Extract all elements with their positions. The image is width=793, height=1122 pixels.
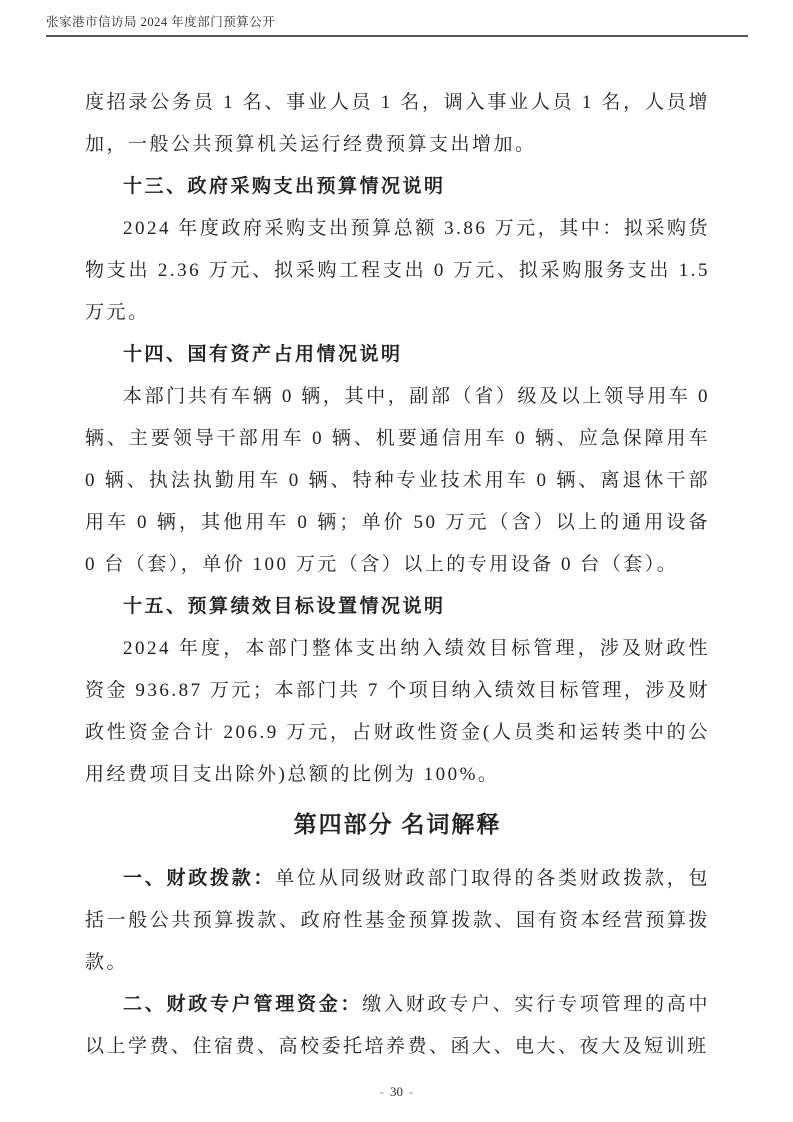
paragraph-state-assets: 本部门共有车辆 0 辆，其中，副部（省）级及以上领导用车 0 辆、主要领导干部用… bbox=[85, 376, 710, 586]
footer-left-dash: - bbox=[374, 1084, 390, 1099]
part-four-heading: 第四部分 名词解释 bbox=[85, 804, 710, 846]
term-2-label: 二、财政专户管理资金： bbox=[123, 994, 362, 1015]
page-footer: -30- bbox=[0, 1084, 793, 1100]
footer-right-dash: - bbox=[403, 1084, 419, 1099]
section-heading-14: 十四、国有资产占用情况说明 bbox=[85, 334, 710, 376]
paragraph-term-1: 一、财政拨款：单位从同级财政部门取得的各类财政拨款，包括一般公共预算拨款、政府性… bbox=[85, 858, 710, 984]
paragraph-procurement: 2024 年度政府采购支出预算总额 3.86 万元，其中：拟采购货物支出 2.3… bbox=[85, 208, 710, 334]
page-header-title: 张家港市信访局 2024 年度部门预算公开 bbox=[46, 12, 748, 37]
section-heading-13: 十三、政府采购支出预算情况说明 bbox=[85, 166, 710, 208]
document-body: 度招录公务员 1 名、事业人员 1 名，调入事业人员 1 名，人员增加，一般公共… bbox=[85, 82, 710, 1068]
page-number: 30 bbox=[390, 1084, 403, 1099]
paragraph-term-2: 二、财政专户管理资金：缴入财政专户、实行专项管理的高中以上学费、住宿费、高校委托… bbox=[85, 984, 710, 1068]
section-heading-15: 十五、预算绩效目标设置情况说明 bbox=[85, 586, 710, 628]
document-page: 张家港市信访局 2024 年度部门预算公开 度招录公务员 1 名、事业人员 1 … bbox=[0, 0, 793, 1122]
paragraph-continuation: 度招录公务员 1 名、事业人员 1 名，调入事业人员 1 名，人员增加，一般公共… bbox=[85, 82, 710, 166]
paragraph-performance-targets: 2024 年度，本部门整体支出纳入绩效目标管理，涉及财政性资金 936.87 万… bbox=[85, 628, 710, 796]
term-1-label: 一、财政拨款： bbox=[123, 868, 275, 889]
